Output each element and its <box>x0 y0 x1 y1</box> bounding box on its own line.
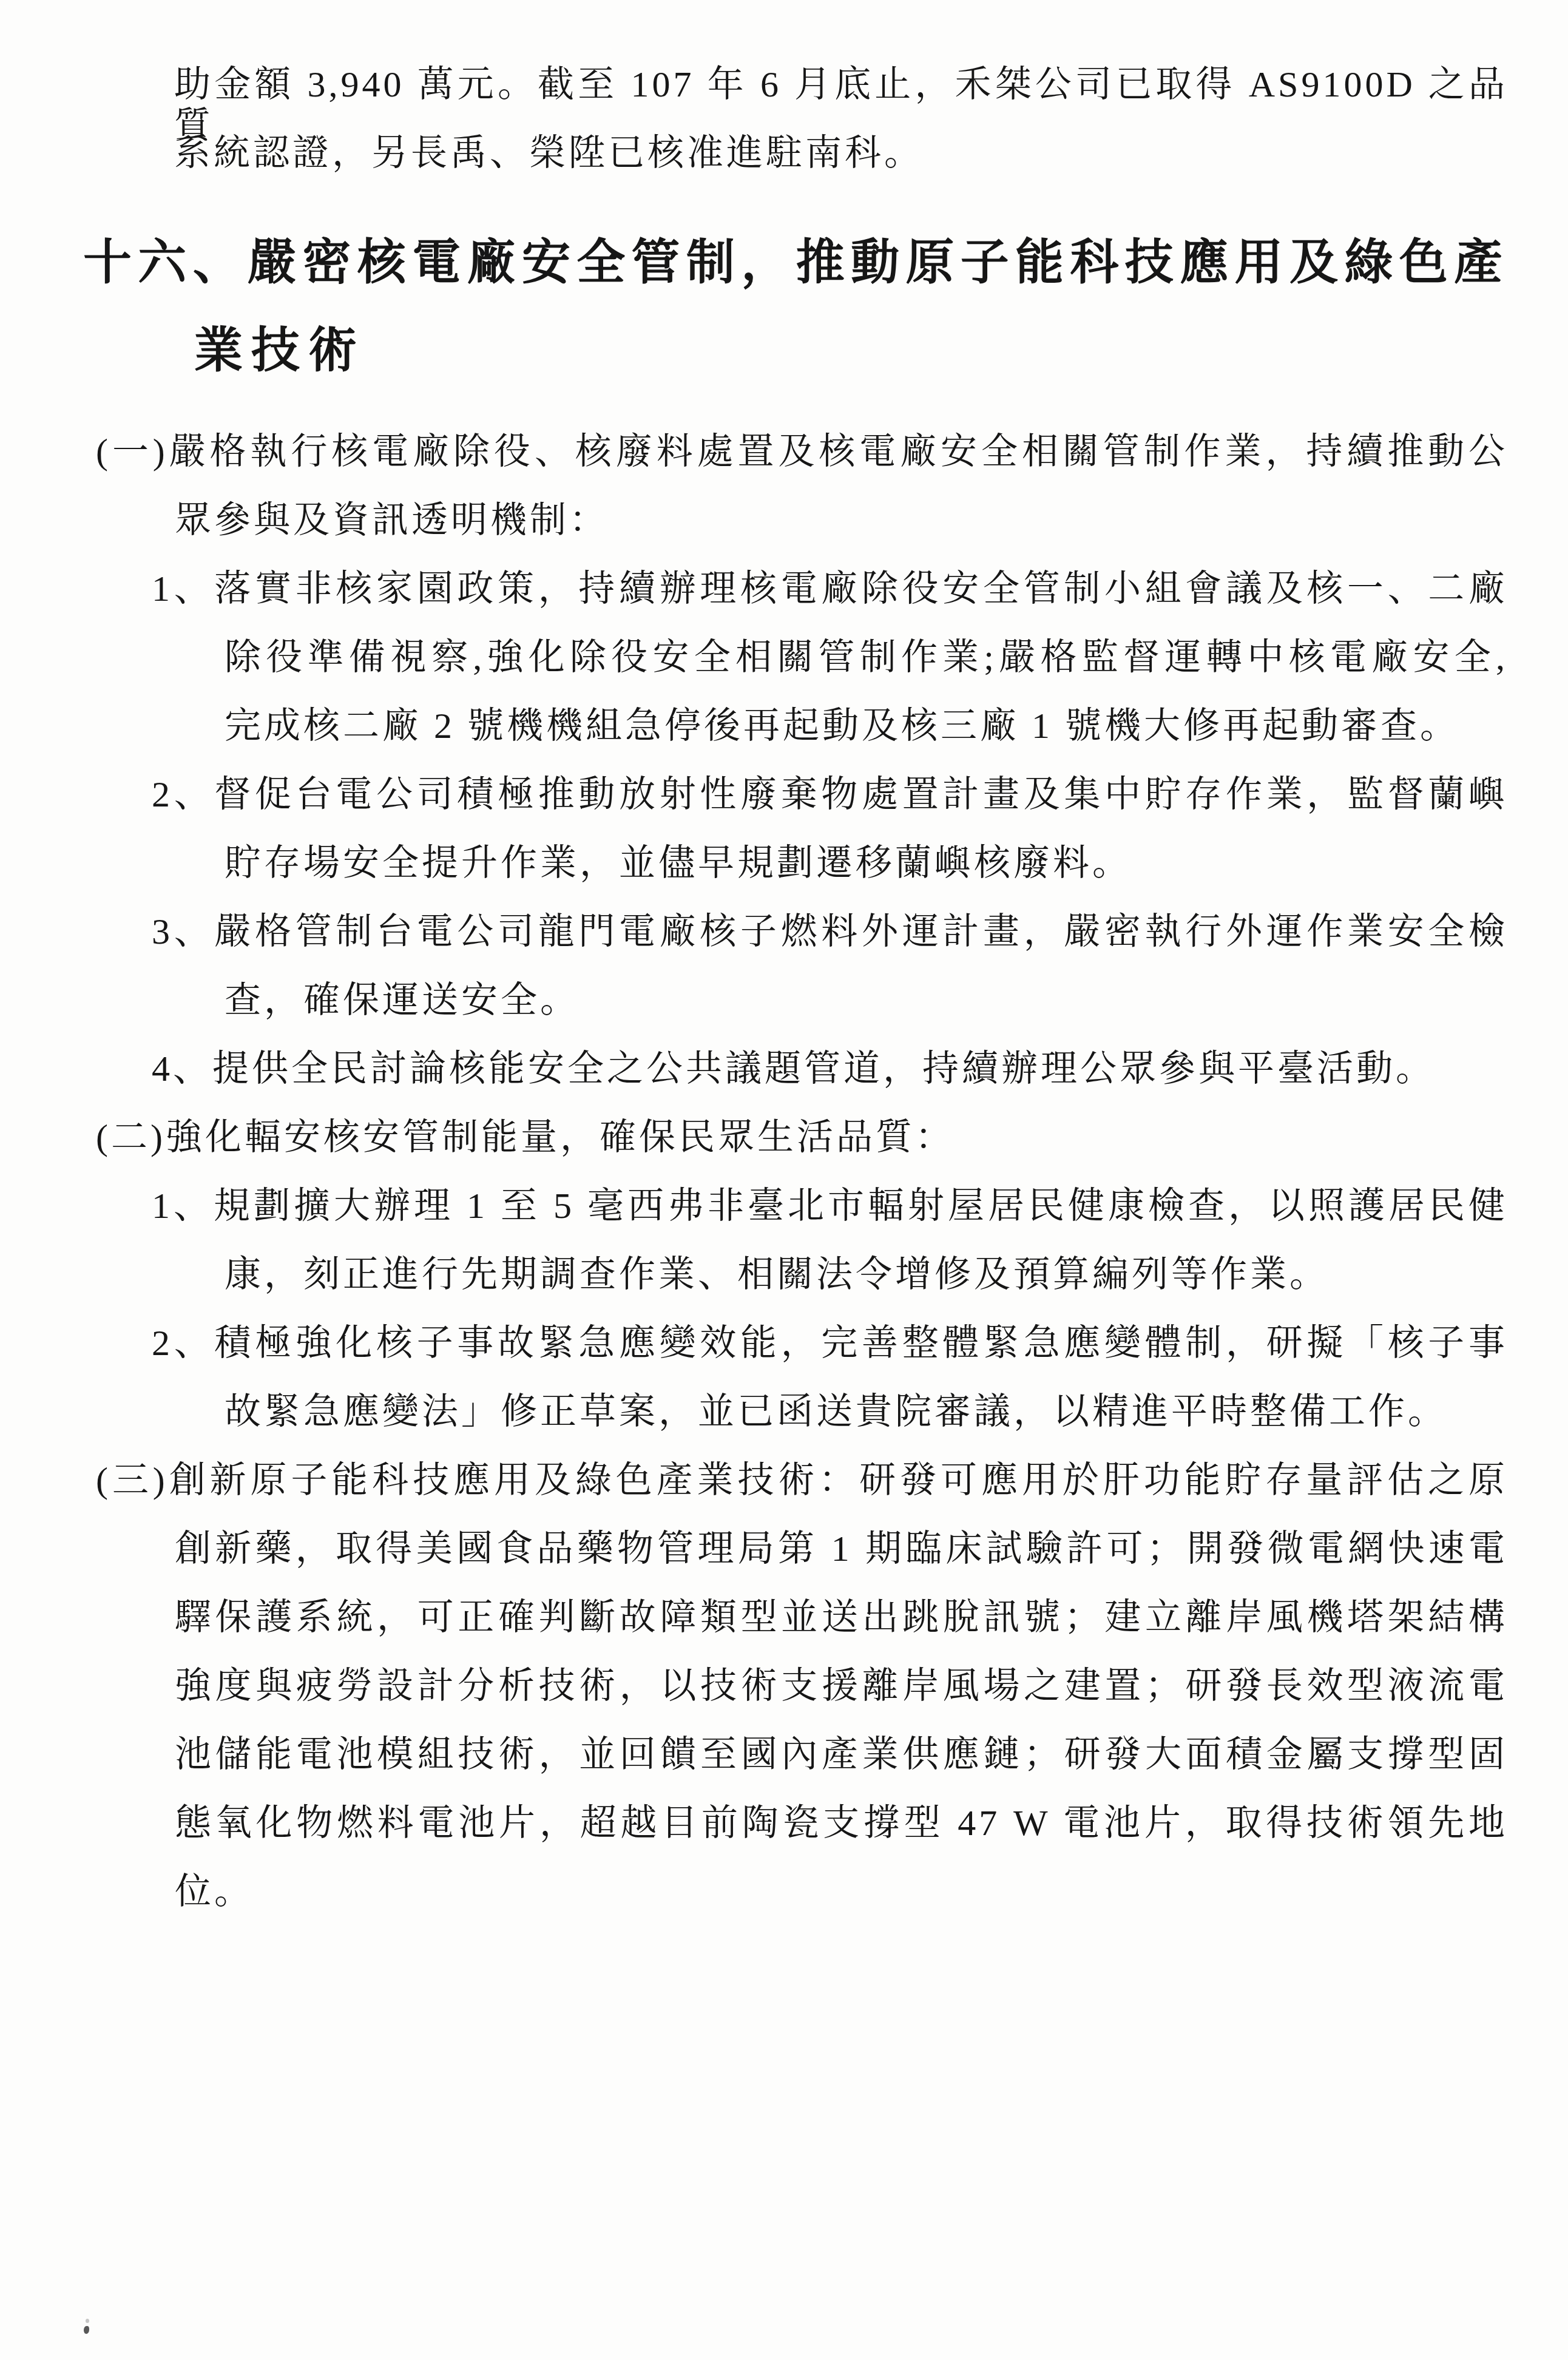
text-line: 2、督促台電公司積極推動放射性廢棄物處置計畫及集中貯存作業，監督蘭嶼 <box>152 774 1508 815</box>
text-line: 驛保護系統，可正確判斷故障類型並送出跳脫訊號；建立離岸風機塔架結構 <box>175 1597 1508 1638</box>
text-line: 2、積極強化核子事故緊急應變效能，完善整體緊急應變體制，研擬「核子事 <box>152 1322 1508 1364</box>
text-line: 十六、嚴密核電廠安全管制，推動原子能科技應用及綠色產 <box>83 235 1508 290</box>
text-line: 1、落實非核家園政策，持續辦理核電廠除役安全管制小組會議及核一、二廠 <box>152 568 1508 609</box>
text-line: 業技術 <box>194 323 365 378</box>
text-line: 池儲能電池模組技術，並回饋至國內產業供應鏈；研發大面積金屬支撐型固 <box>175 1734 1508 1775</box>
text-line: 貯存場安全提升作業，並儘早規劃遷移蘭嶼核廢料。 <box>225 842 1132 884</box>
document-page: 助金額 3,940 萬元。截至 107 年 6 月底止，禾桀公司已取得 AS91… <box>0 0 1568 2360</box>
text-line: (二)強化輻安核安管制能量，確保民眾生活品質： <box>96 1117 955 1158</box>
text-line: 康，刻正進行先期調查作業、相關法令增修及預算編列等作業。 <box>225 1254 1329 1295</box>
text-line: 1、規劃擴大辦理 1 至 5 毫西弗非臺北市輻射屋居民健康檢查，以照護居民健 <box>152 1185 1508 1226</box>
text-line: (三)創新原子能科技應用及綠色產業技術：研發可應用於肝功能貯存量評估之原 <box>96 1459 1508 1501</box>
scan-speck-artifact <box>84 2326 89 2334</box>
text-line: 系統認證，另長禹、榮陞已核准進駐南科。 <box>174 132 924 174</box>
text-line: 4、提供全民討論核能安全之公共議題管道，持續辦理公眾參與平臺活動。 <box>152 1048 1435 1089</box>
text-line: 創新藥，取得美國食品藥物管理局第 1 期臨床試驗許可；開發微電網快速電 <box>175 1528 1508 1569</box>
text-line: 眾參與及資訊透明機制： <box>175 499 609 541</box>
text-line: 完成核二廠 2 號機機組急停後再起動及核三廠 1 號機大修再起動審查。 <box>225 705 1459 746</box>
text-line: 除役準備視察,強化除役安全相關管制作業;嚴格監督運轉中核電廠安全, <box>225 637 1508 678</box>
text-line: 位。 <box>175 1871 254 1912</box>
text-line: (一)嚴格執行核電廠除役、核廢料處置及核電廠安全相關管制作業，持續推動公 <box>96 431 1508 472</box>
text-line: 3、嚴格管制台電公司龍門電廠核子燃料外運計畫，嚴密執行外運作業安全檢 <box>152 911 1508 952</box>
text-line: 強度與疲勞設計分析技術，以技術支援離岸風場之建置；研發長效型液流電 <box>175 1665 1508 1706</box>
text-line: 態氧化物燃料電池片，超越目前陶瓷支撐型 47 W 電池片，取得技術領先地 <box>175 1802 1508 1844</box>
text-line: 故緊急應變法」修正草案，並已函送貴院審議，以精進平時整備工作。 <box>225 1391 1447 1432</box>
text-line: 查，確保運送安全。 <box>225 979 580 1021</box>
